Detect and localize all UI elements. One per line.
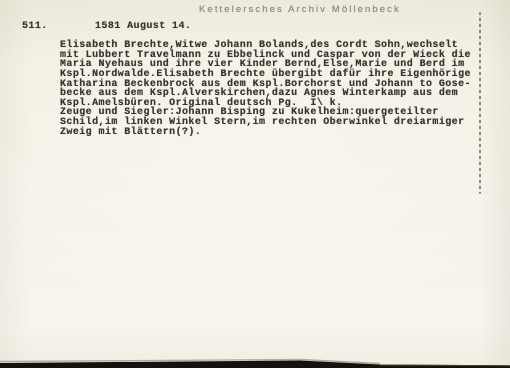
record-date: 1581 August 14. <box>95 21 191 32</box>
record-number: 511. <box>22 21 48 32</box>
record-body: Elisabeth Brechte,Witwe Johann Bolands,d… <box>60 41 490 137</box>
card-right-torn-edge <box>479 12 481 194</box>
record-id-line: 511. 1581 August 14. <box>0 21 510 33</box>
archive-card-photo: Kettelersches Archiv Möllenbeck 511. 158… <box>0 0 510 368</box>
archive-stamp: Kettelersches Archiv Möllenbeck <box>199 4 401 15</box>
body-line: Zweig mit Blättern(?). <box>60 128 490 138</box>
